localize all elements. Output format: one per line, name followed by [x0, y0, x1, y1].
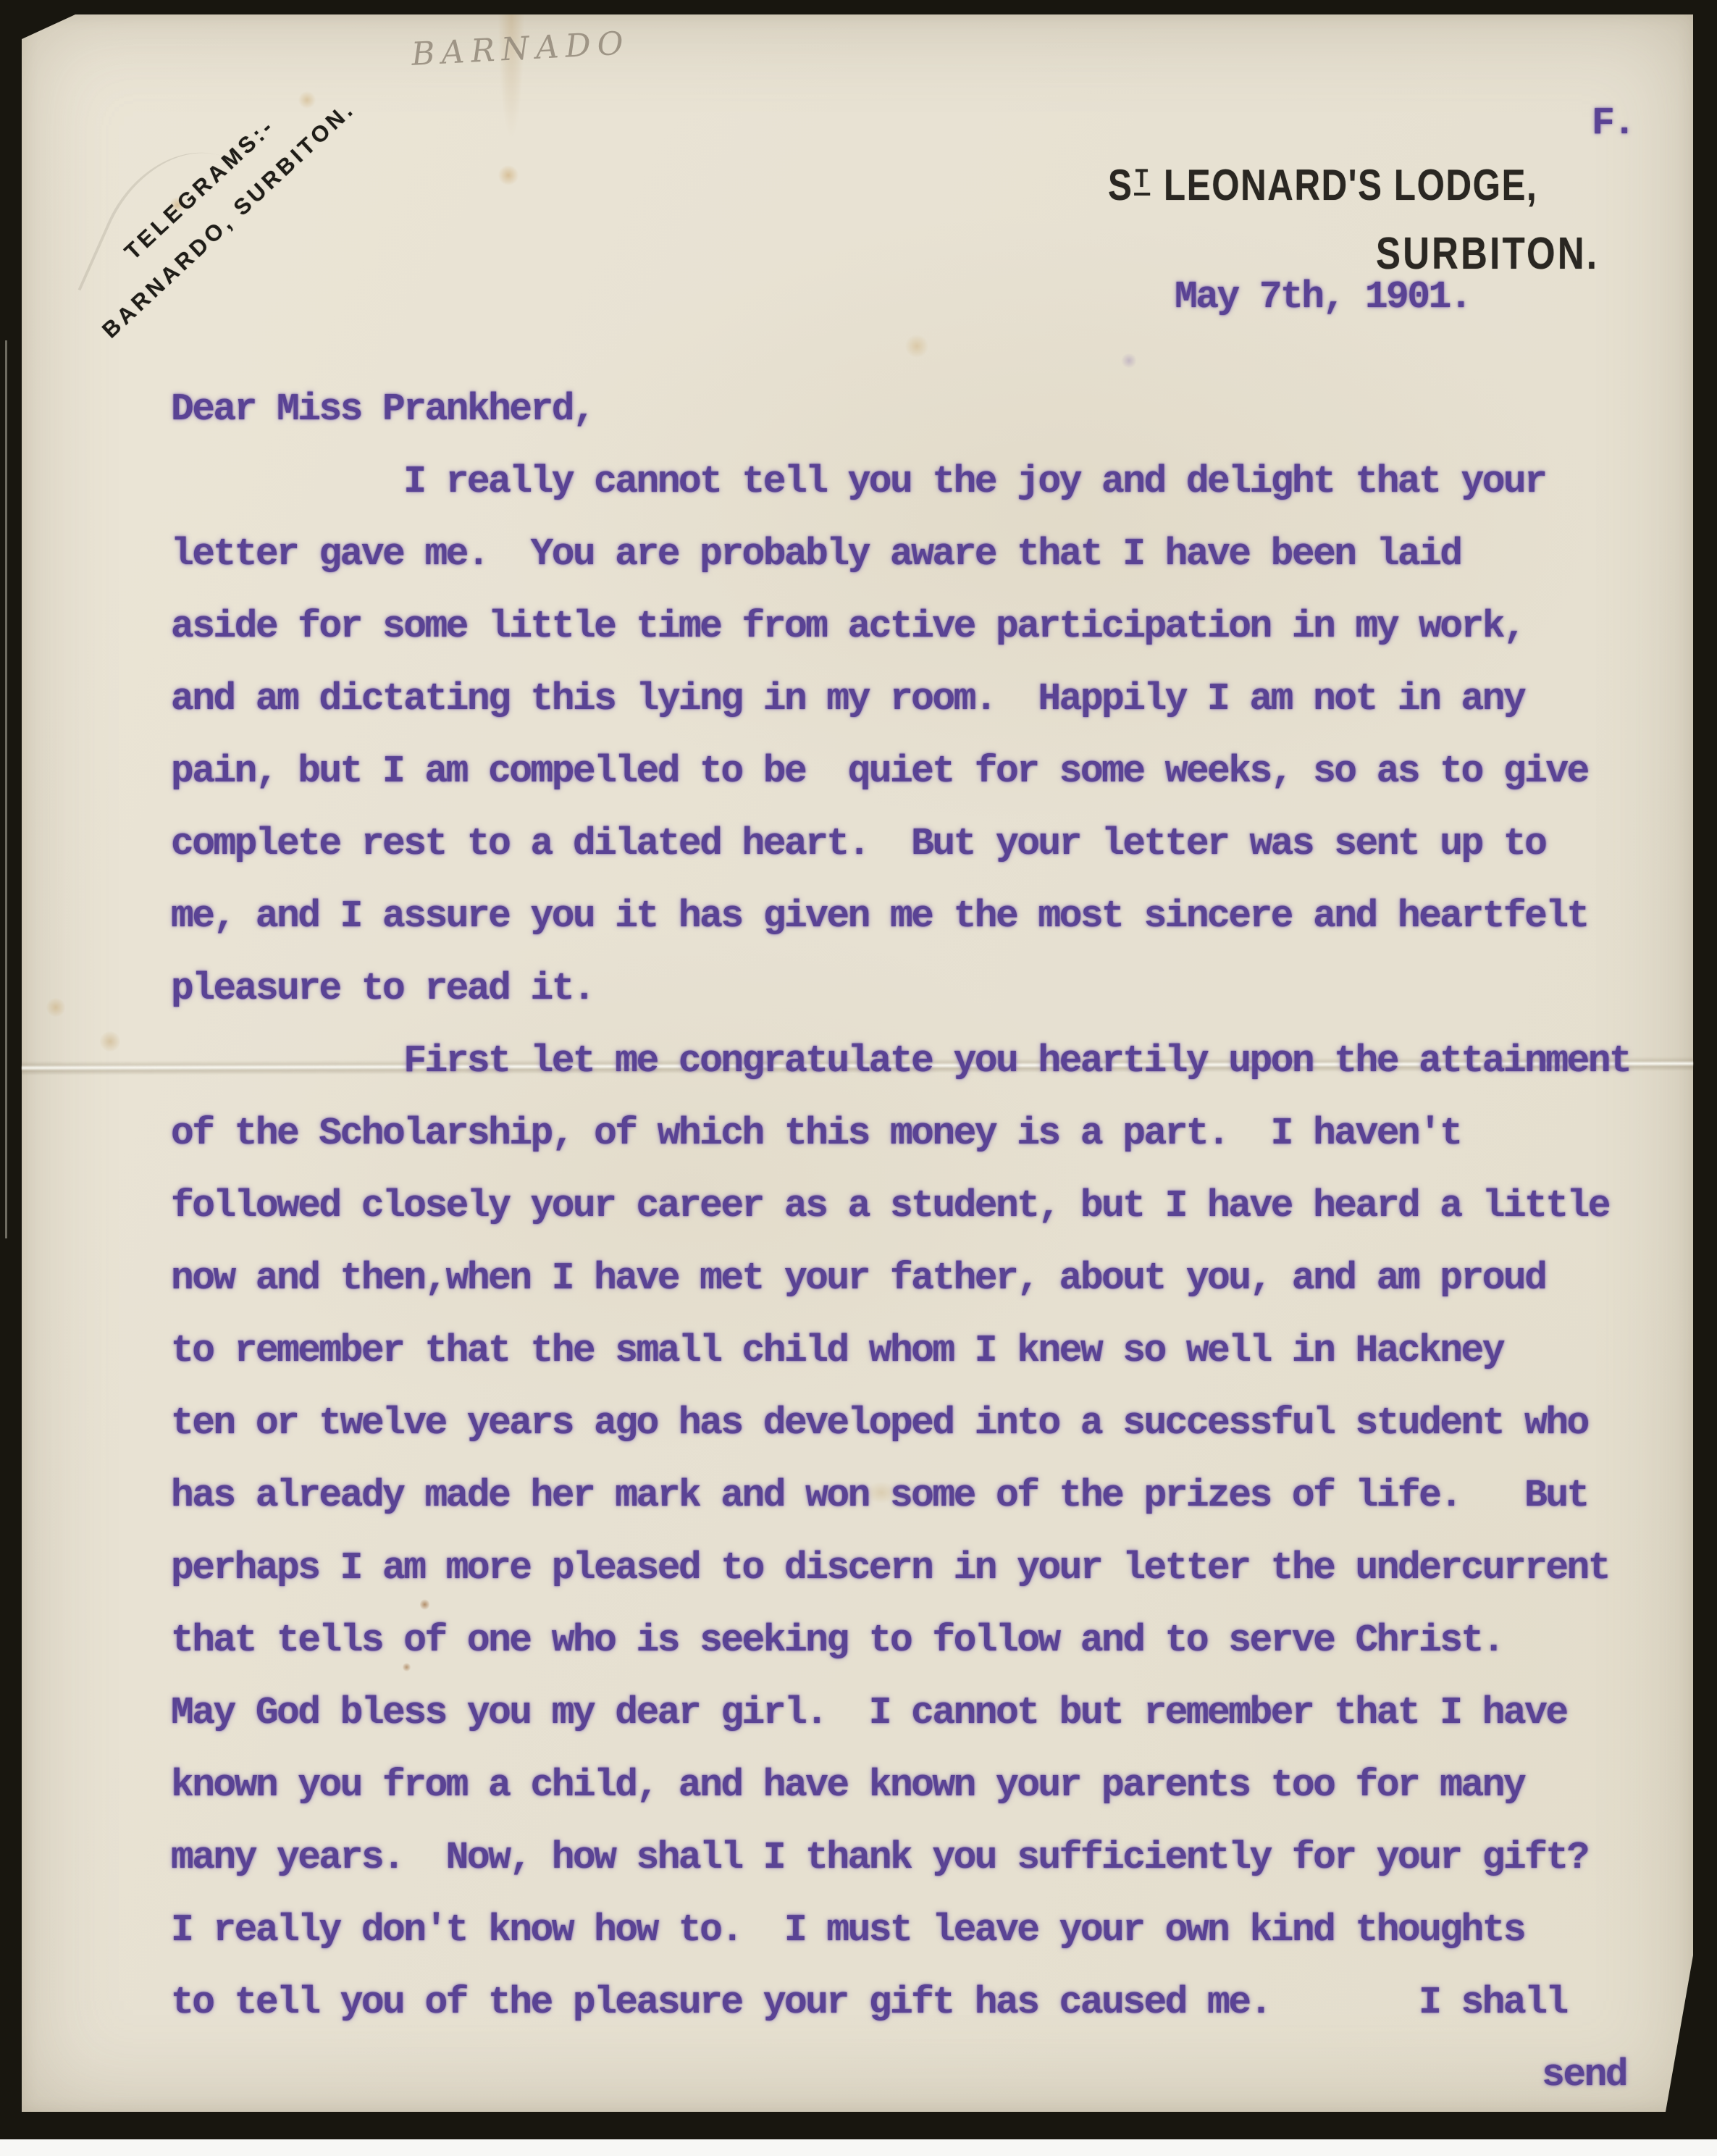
letter-line: aside for some little time from active p…	[171, 590, 1626, 663]
stain-mark	[498, 165, 519, 185]
letter-body: Dear Miss Prankherd, I really cannot tel…	[171, 373, 1626, 2111]
address-superscript: T	[1134, 164, 1150, 196]
address-rest: LEONARD'S LODGE,	[1153, 161, 1538, 209]
letter-line: to remember that the small child whom I …	[171, 1314, 1626, 1387]
letterhead-address-line2: SURBITON.	[1376, 232, 1599, 277]
letter-line: perhaps I am more pleased to discern in …	[171, 1532, 1626, 1604]
letter-line: of the Scholarship, of which this money …	[171, 1097, 1626, 1170]
letter-line: I really cannot tell you the joy and del…	[171, 445, 1626, 518]
letter-line: that tells of one who is seeking to foll…	[171, 1604, 1626, 1677]
letter-line: I really don't know how to. I must leave…	[171, 1894, 1626, 1966]
stain-mark	[905, 335, 928, 358]
letterhead-address-line1: ST LEONARD'S LODGE,	[1108, 164, 1537, 207]
scanner-edge-line	[5, 340, 7, 1238]
letter-line: send	[171, 2039, 1626, 2111]
stain-mark	[46, 998, 65, 1017]
letter-line: to tell you of the pleasure your gift ha…	[171, 1966, 1626, 2039]
stain-mark	[100, 1031, 120, 1052]
file-reference-letter: F.	[1592, 101, 1634, 145]
letter-line: and am dictating this lying in my room. …	[171, 663, 1626, 735]
letter-line: letter gave me. You are probably aware t…	[171, 518, 1626, 590]
letter-line: First let me congratulate you heartily u…	[171, 1025, 1626, 1097]
letter-line: pain, but I am compelled to be quiet for…	[171, 735, 1626, 808]
address-prefix: S	[1108, 161, 1133, 209]
letter-line: many years. Now, how shall I thank you s…	[171, 1821, 1626, 1894]
letter-line: May God bless you my dear girl. I cannot…	[171, 1677, 1626, 1749]
letter-line: Dear Miss Prankherd,	[171, 373, 1626, 445]
letter-line: has already made her mark and won some o…	[171, 1459, 1626, 1532]
letter-line: ten or twelve years ago has developed in…	[171, 1387, 1626, 1459]
stain-mark	[1121, 353, 1137, 368]
letter-line: pleasure to read it.	[171, 952, 1626, 1025]
letter-date: May 7th, 1901.	[1175, 275, 1471, 319]
letter-line: now and then,when I have met your father…	[171, 1242, 1626, 1314]
letter-line: known you from a child, and have known y…	[171, 1749, 1626, 1821]
letter-line: complete rest to a dilated heart. But yo…	[171, 808, 1626, 880]
letter-line: me, and I assure you it has given me the…	[171, 880, 1626, 952]
scanned-letter-page: BARNADO TELEGRAMS:- BARNARDO, SURBITON. …	[0, 0, 1717, 2156]
letter-line: followed closely your career as a studen…	[171, 1170, 1626, 1242]
